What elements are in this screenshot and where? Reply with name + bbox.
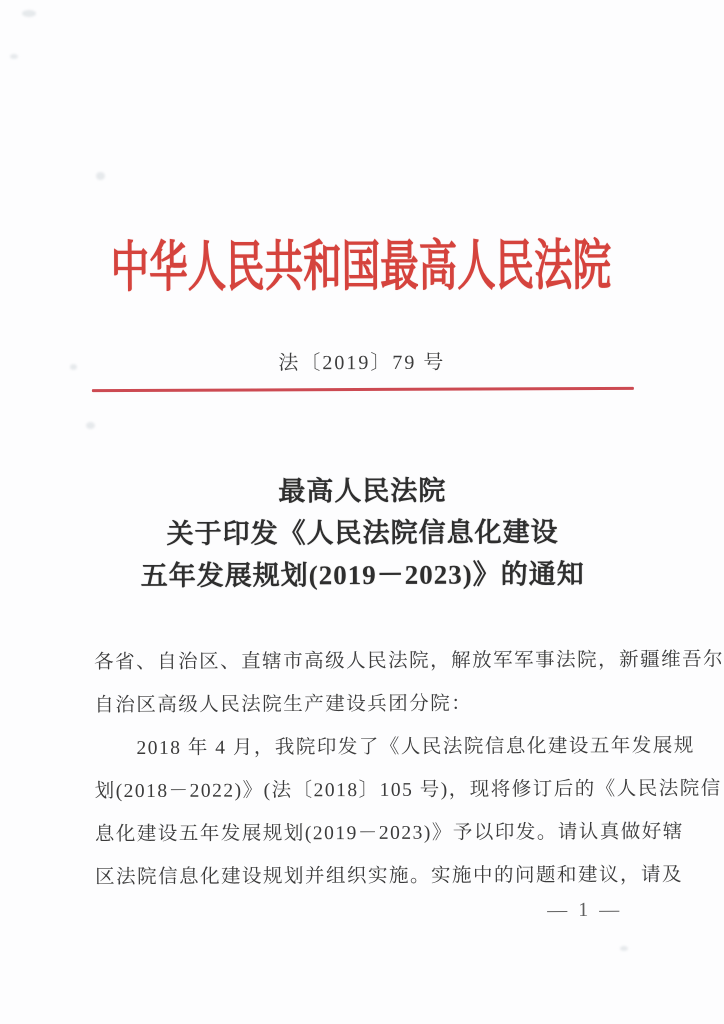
letterhead: 中华人民共和国最高人民法院 <box>0 230 724 303</box>
notice-title: 最高人民法院 关于印发《人民法院信息化建设 五年发展规划(2019－2023)》… <box>0 468 724 597</box>
paragraph-line-4: 区法院信息化建设规划并组织实施。实施中的问题和建议，请及 <box>95 854 655 899</box>
salutation-line-1: 各省、自治区、直辖市高级人民法院，解放军军事法院，新疆维吾尔 <box>94 639 654 684</box>
document-number: 法〔2019〕79 号 <box>0 346 724 379</box>
scan-speckle <box>96 172 105 180</box>
scan-speckle <box>22 10 36 17</box>
scan-speckle <box>70 364 77 370</box>
paragraph-line-1: 2018 年 4 月，我院印发了《人民法院信息化建设五年发展规 <box>94 725 654 770</box>
salutation-line-2: 自治区高级人民法院生产建设兵团分院： <box>94 682 654 727</box>
document-content: 中华人民共和国最高人民法院 法〔2019〕79 号 最高人民法院 关于印发《人民… <box>0 0 724 1024</box>
notice-title-line-2: 关于印发《人民法院信息化建设 <box>0 510 724 555</box>
notice-body: 各省、自治区、直辖市高级人民法院，解放军军事法院，新疆维吾尔 自治区高级人民法院… <box>94 639 655 899</box>
notice-title-line-3: 五年发展规划(2019－2023)》的通知 <box>1 552 724 597</box>
paragraph-line-3: 息化建设五年发展规划(2019－2023)》予以印发。请认真做好辖 <box>95 811 655 856</box>
notice-title-line-1: 最高人民法院 <box>0 468 724 513</box>
page-number: — 1 — <box>547 897 622 923</box>
scan-speckle <box>620 946 628 951</box>
paragraph-line-2: 划(2018－2022)》(法〔2018〕105 号)，现将修订后的《人民法院信 <box>95 768 655 813</box>
letterhead-rule <box>92 387 634 392</box>
scanned-document-page: 中华人民共和国最高人民法院 法〔2019〕79 号 最高人民法院 关于印发《人民… <box>0 0 724 1024</box>
scan-speckle <box>10 54 18 59</box>
letterhead-title: 中华人民共和国最高人民法院 <box>111 231 612 303</box>
scan-speckle <box>86 422 95 429</box>
